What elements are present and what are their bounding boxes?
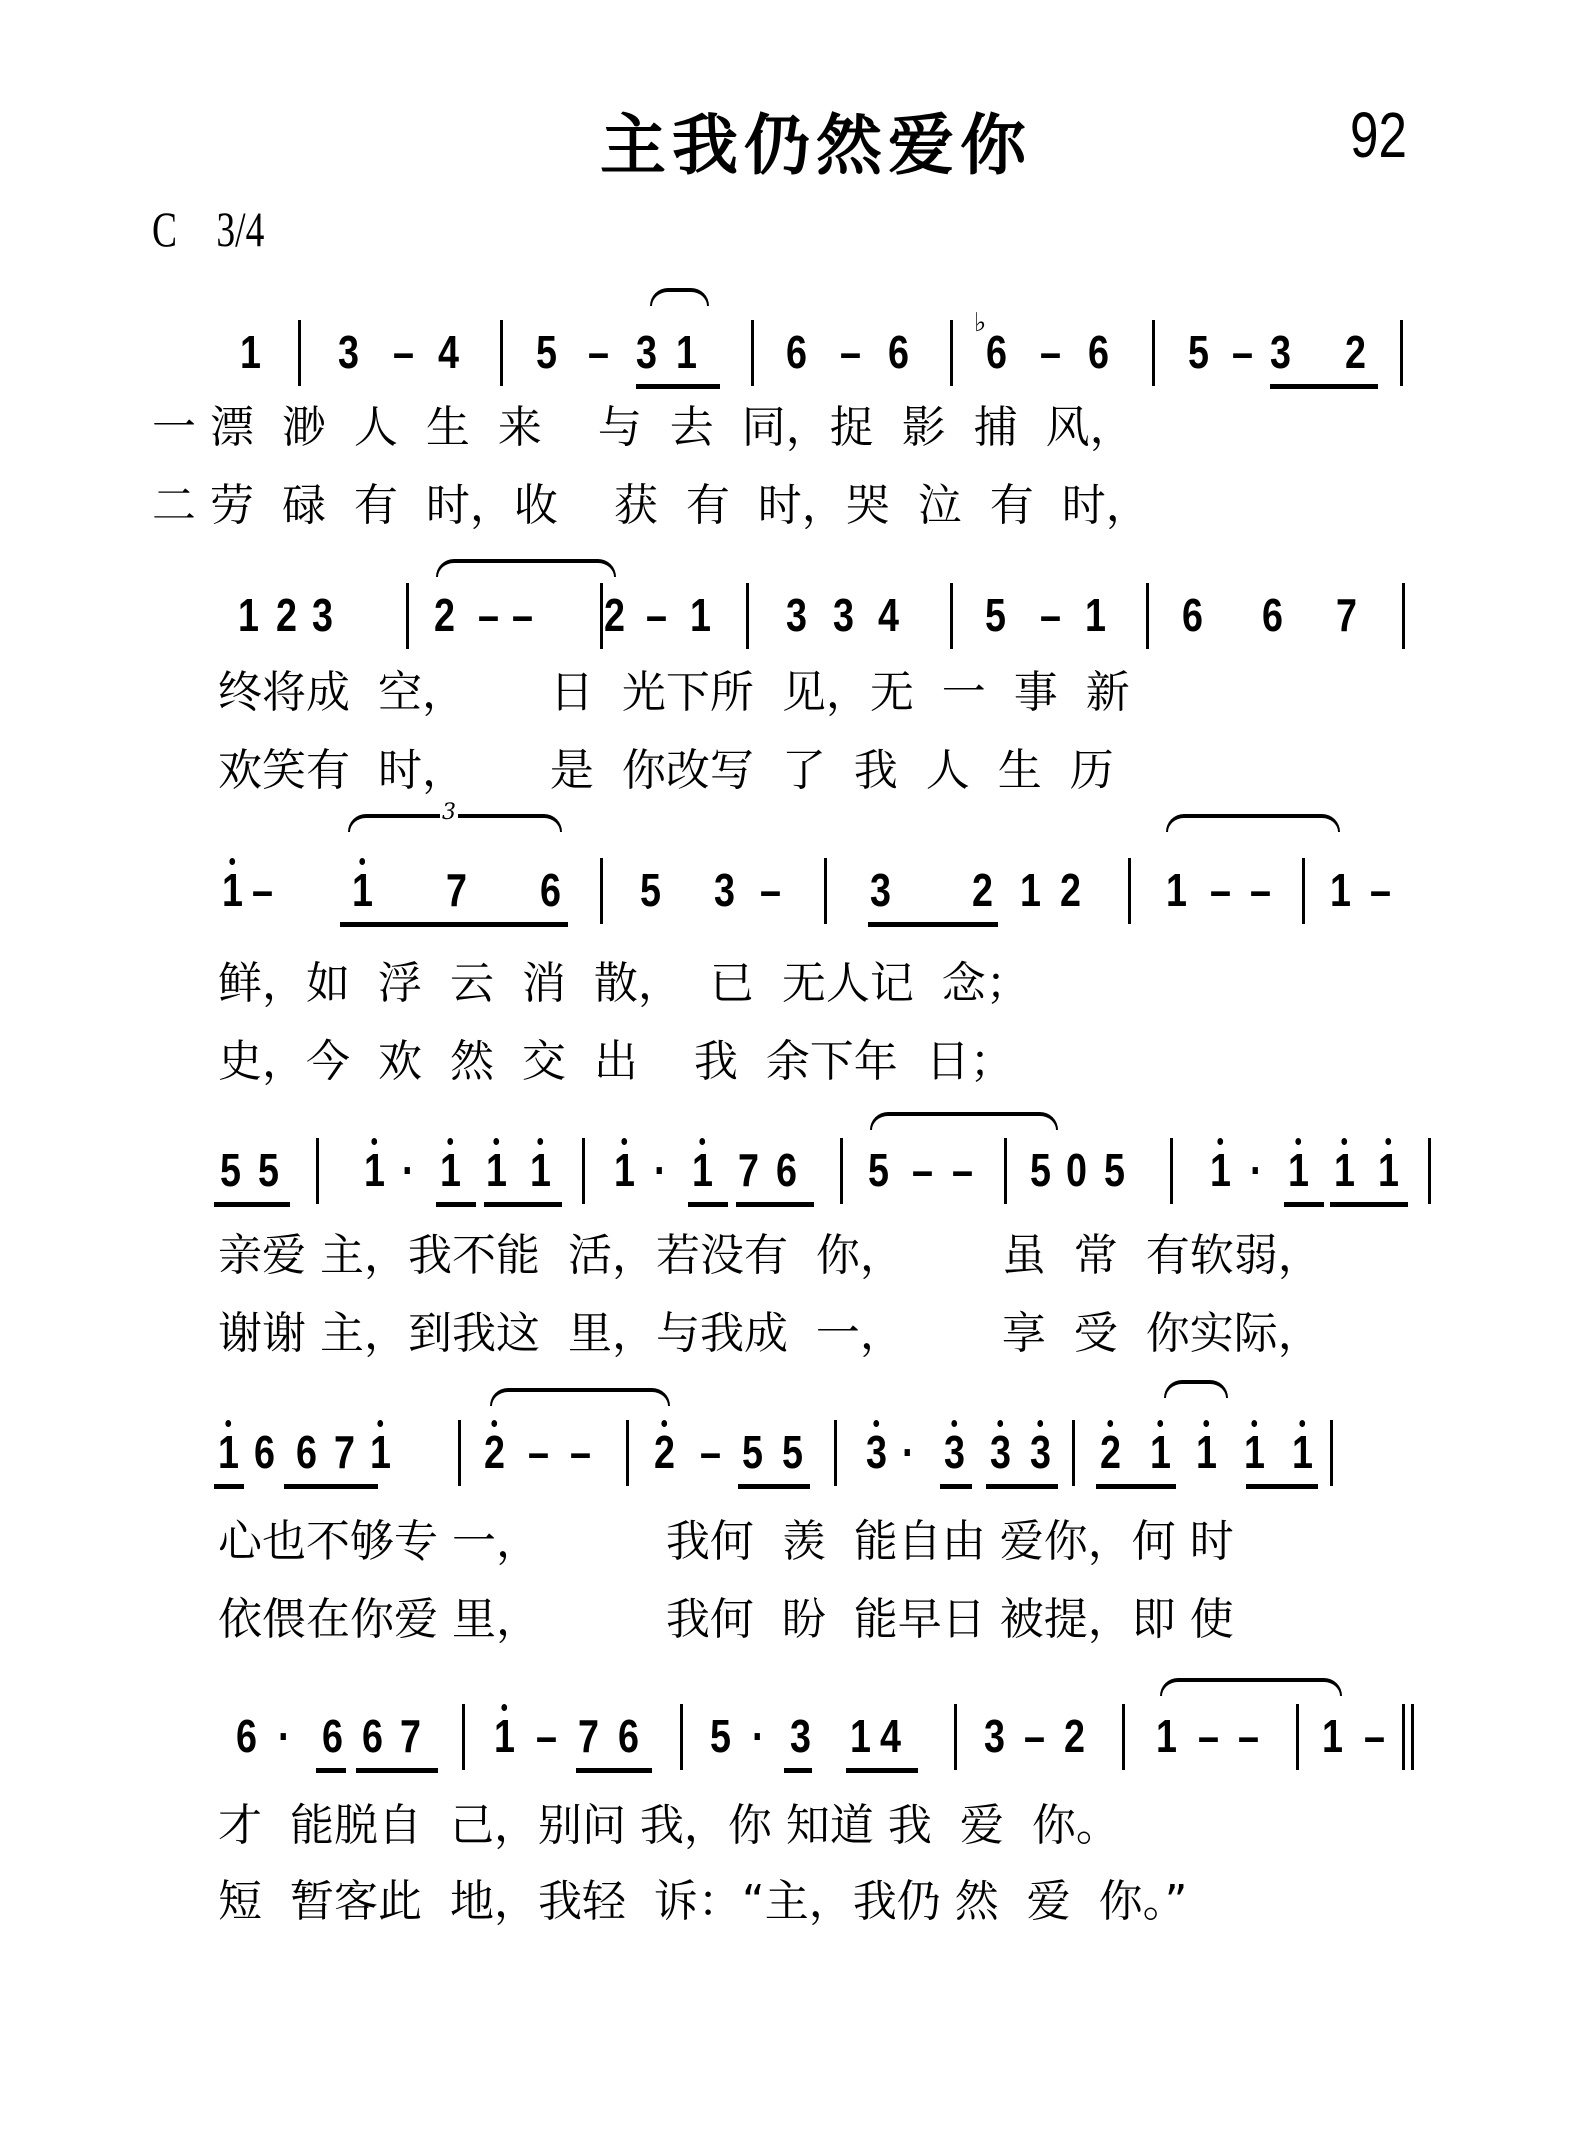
note: 1 [1196,1422,1217,1482]
note: 1 [370,1422,391,1482]
beam-underline [284,1484,378,1489]
beam-underline [1246,1484,1318,1489]
note: 2 [604,585,625,645]
note: 5 [782,1422,803,1482]
barline [1146,583,1149,649]
barline [1330,1420,1333,1486]
note: 3 [944,1422,965,1482]
score-row: 551·1111·1765––5051·111亲爱 主，我不能 活，若没有 你，… [0,1140,1571,1260]
note: 2 [1345,322,1366,382]
time-signature: 3/4 [216,201,264,257]
dot: · [1250,1140,1263,1200]
score-row: 6·6671–765·3143–21––1–才 能脱自 己，别问 我，你 知道 … [0,1706,1571,1826]
beam-underline [484,1202,562,1207]
sustain-dash: – [1370,860,1391,920]
sustain-dash: – [1238,1706,1259,1766]
barline [500,320,503,386]
note: 2 [1060,860,1081,920]
note: 6 [296,1422,317,1482]
sustain-dash: – [700,1422,721,1482]
note: 5 [742,1422,763,1482]
lyric-line-verse-1: 心也不够专 一， 我何 羡 能自由 爱你，何 时 [218,1514,1234,1570]
barline [316,1138,319,1204]
note: 4 [438,322,459,382]
note: 2 [1064,1706,1085,1766]
beam-underline [356,1768,438,1773]
barline [298,320,301,386]
beam-underline [576,1768,652,1773]
note: 6 [1262,585,1283,645]
note: 5 [220,1140,241,1200]
beam-underline [214,1202,290,1207]
barline [954,1704,957,1770]
lyric-line-verse-2: 史，今 欢 然 交 出 我 余下年 日； [218,1034,1014,1090]
note: 6 [322,1706,343,1766]
sustain-dash: – [528,1422,549,1482]
beam-underline [868,922,998,927]
barline [1004,1138,1007,1204]
sustain-dash: – [1024,1706,1045,1766]
score-row: 13–45–316–6♭6–65–32一 漂 渺 人 生 来 与 去 同，捉 影… [0,322,1571,442]
note: 1 [218,1422,239,1482]
beam-underline [738,1484,810,1489]
note: 3 [866,1422,887,1482]
beam-underline [316,1768,346,1773]
barline [950,583,953,649]
note: 2 [972,860,993,920]
dot: · [752,1706,765,1766]
note: 5 [985,585,1006,645]
barline [458,1420,461,1486]
tie-slur [650,288,709,306]
barline [746,583,749,649]
note: 1 [1150,1422,1171,1482]
note: 5 [710,1706,731,1766]
barline [840,1138,843,1204]
note: 7 [578,1706,599,1766]
dot: · [278,1706,291,1766]
note: 4 [880,1706,901,1766]
note: 3 [833,585,854,645]
note: 7 [738,1140,759,1200]
tie-slur [1166,814,1340,832]
note: 3 [786,585,807,645]
note: 1 [690,585,711,645]
barline [751,320,754,386]
note: 1 [850,1706,871,1766]
sustain-dash: – [1232,322,1253,382]
key-signature: C [152,201,177,257]
lyric-line-verse-1: 才 能脱自 己，别问 我，你 知道 我 爱 你。 [218,1798,1120,1854]
sustain-dash: – [252,860,273,920]
barline [600,583,603,649]
sustain-dash: – [570,1422,591,1482]
sustain-dash: – [536,1706,557,1766]
sustain-dash: – [1198,1706,1219,1766]
lyric-line-verse-1: 亲爱 主，我不能 活，若没有 你， 虽 常 有软弱， [218,1228,1322,1284]
barline [834,1420,837,1486]
note: 1 [1210,1140,1231,1200]
note: 2 [654,1422,675,1482]
note: 3 [870,860,891,920]
beam-underline [1096,1484,1176,1489]
lyric-line-verse-2: 短 暂客此 地，我轻 诉：“主，我仍 然 爱 你。” [218,1874,1187,1930]
note: 1 [1334,1140,1355,1200]
note: 6 [986,322,1007,382]
final-barline [1402,1704,1414,1770]
note: 3 [990,1422,1011,1482]
note: 7 [1336,585,1357,645]
note: 3 [338,322,359,382]
sustain-dash: – [478,585,499,645]
note: 1 [676,322,697,382]
beam-underline [436,1202,476,1207]
note: 1 [1330,860,1351,920]
barline [1170,1138,1173,1204]
lyric-line-verse-2: 欢笑有 时， 是 你改写 了 我 人 生 历 [218,743,1114,799]
note: 3 [1270,322,1291,382]
note: 1 [530,1140,551,1200]
tie-slur [490,1388,670,1406]
hymn-title: 主我仍然爱你 [600,92,1032,187]
sustain-dash: – [588,322,609,382]
key-time-signature: C 3/4 [152,200,294,258]
barline [1122,1704,1125,1770]
note: 6 [776,1140,797,1200]
beam-underline [1284,1202,1324,1207]
note: 5 [1030,1140,1051,1200]
note: 1 [1166,860,1187,920]
sustain-dash: – [1040,585,1061,645]
barline [600,858,603,924]
beam-underline [340,922,568,927]
sustain-dash: – [646,585,667,645]
barline [1296,1704,1299,1770]
note: 1 [1292,1422,1313,1482]
lyric-line-verse-1: 一 漂 渺 人 生 来 与 去 同，捉 影 捕 风， [152,400,1134,456]
sustain-dash: – [912,1140,933,1200]
barline [1302,858,1305,924]
note: 2 [434,585,455,645]
beam-underline [688,1202,728,1207]
sustain-dash: – [952,1140,973,1200]
note: 1 [1020,860,1041,920]
barline [680,1704,683,1770]
beam-underline [846,1768,918,1773]
tie-slur [1164,1380,1228,1398]
note: 3 [1030,1422,1051,1482]
note: 6 [254,1422,275,1482]
lyric-line-verse-2: 谢谢 主，到我这 里，与我成 一， 享 受 你实际， [218,1306,1322,1362]
lyric-line-verse-1: 鲜，如 浮 云 消 散， 已 无人记 念； [218,956,1030,1012]
note: 3 [312,585,333,645]
note: 6 [888,322,909,382]
beam-underline [784,1768,812,1773]
sustain-dash: – [760,860,781,920]
lyric-line-verse-1: 终将成 空， 日 光下所 见，无 一 事 新 [218,665,1130,721]
tie-slur [436,559,616,577]
sustain-dash: – [512,585,533,645]
beam-underline [940,1484,972,1489]
sustain-dash: – [393,322,414,382]
tie-slur [1160,1678,1342,1696]
note: 6 [236,1706,257,1766]
note: 5 [258,1140,279,1200]
note: 1 [1322,1706,1343,1766]
flat-icon: ♭ [974,308,986,338]
note: 6 [1182,585,1203,645]
note: 1 [1244,1422,1265,1482]
barline [1152,320,1155,386]
note: 1 [352,860,373,920]
barline [1072,1420,1075,1486]
lyric-line-verse-2: 依偎在你爱 里， 我何 盼 能早日 被提，即 使 [218,1592,1234,1648]
dot: · [402,1140,415,1200]
note: 3 [714,860,735,920]
beam-underline [986,1484,1058,1489]
note: 0 [1066,1140,1087,1200]
note: 1 [1085,585,1106,645]
note: 1 [1288,1140,1309,1200]
note: 1 [222,860,243,920]
note: 2 [276,585,297,645]
beam-underline [636,384,720,389]
barline [626,1420,629,1486]
note: 5 [1188,322,1209,382]
sustain-dash: – [1040,322,1061,382]
dot: · [654,1140,667,1200]
note: 6 [618,1706,639,1766]
note: 1 [364,1140,385,1200]
note: 1 [692,1140,713,1200]
note: 6 [1088,322,1109,382]
sustain-dash: – [1210,860,1231,920]
dot: · [902,1422,915,1482]
note: 1 [494,1706,515,1766]
note: 1 [440,1140,461,1200]
note: 6 [786,322,807,382]
note: 3 [636,322,657,382]
score-row: 166712––2–553·33321111心也不够专 一， 我何 羡 能自由 … [0,1422,1571,1542]
barline [824,858,827,924]
note: 1 [240,322,261,382]
note: 3 [790,1706,811,1766]
note: 2 [1100,1422,1121,1482]
tie-slur [870,1112,1058,1130]
sustain-dash: – [1364,1706,1385,1766]
note: 5 [640,860,661,920]
barline [582,1138,585,1204]
note: 7 [446,860,467,920]
beam-underline [214,1484,244,1489]
note: 5 [536,322,557,382]
sustain-dash: – [1250,860,1271,920]
note: 3 [984,1706,1005,1766]
barline [1400,320,1403,386]
note: 1 [486,1140,507,1200]
sustain-dash: – [840,322,861,382]
barline [462,1704,465,1770]
note: 1 [1156,1706,1177,1766]
score-row: 1–17653–32121––1–3鲜，如 浮 云 消 散， 已 无人记 念；史… [0,860,1571,980]
note: 7 [334,1422,355,1482]
note: 5 [868,1140,889,1200]
note: 5 [1104,1140,1125,1200]
barline [406,583,409,649]
barline [1128,858,1131,924]
beam-underline [1270,384,1378,389]
barline [950,320,953,386]
note: 4 [878,585,899,645]
note: 1 [614,1140,635,1200]
barline [1428,1138,1431,1204]
note: 7 [400,1706,421,1766]
barline [1402,583,1405,649]
note: 6 [362,1706,383,1766]
lyric-line-verse-2: 二 劳 碌 有 时，收 获 有 时，哭 泣 有 时， [152,478,1150,534]
hymn-number: 92 [1350,98,1407,172]
note: 1 [1378,1140,1399,1200]
triplet-marker: 3 [440,800,458,825]
beam-underline [1330,1202,1408,1207]
score-row: 1232––2–13345–1667终将成 空， 日 光下所 见，无 一 事 新… [0,585,1571,705]
note: 2 [484,1422,505,1482]
note: 6 [540,860,561,920]
beam-underline [736,1202,814,1207]
note: 1 [238,585,259,645]
